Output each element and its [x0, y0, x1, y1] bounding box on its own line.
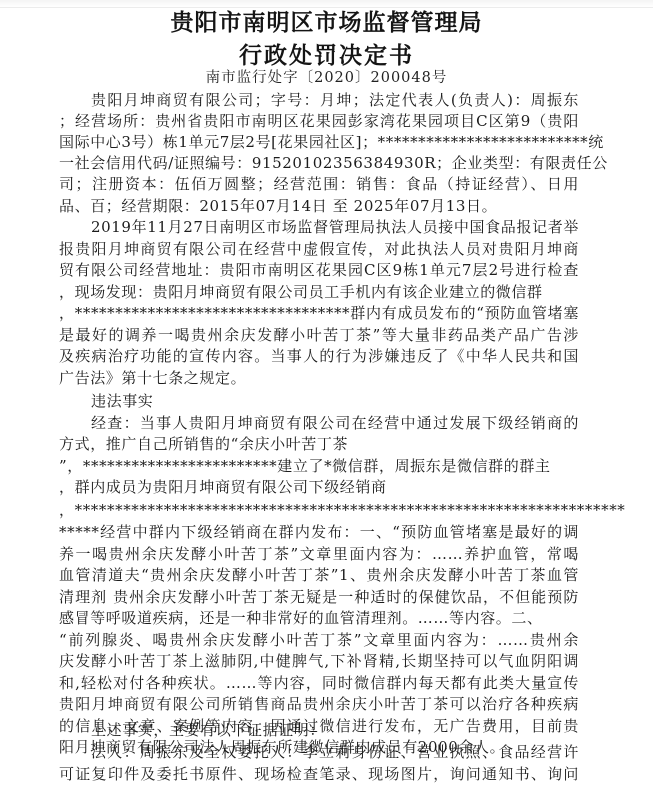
body-text-line: 上述事实，主要有以下证据证明： [91, 719, 579, 741]
body-text-line: 贵阳月坤商贸有限公司；字号：月坤；法定代表人(负责人)：周振东 [91, 89, 579, 111]
body-text-line: 养一喝贵州余庆发酵小叶苦丁茶”文章里面内容为：……养护血管，常喝 [59, 543, 579, 565]
body-text-line: 法人：周振东及全权委托人：李立莉身份证、营业执照、食品经营许 [91, 741, 579, 763]
body-text-line: 品、百；经营期限：2015年07月14日 至 2025年07月13日。 [59, 195, 579, 217]
body-text-line: ”，************************建立了*微信群，周振东是微信… [59, 455, 579, 477]
body-text-line: 庆发酵小叶苦丁茶上滋肺阴,中健脾气,下补肾精,长期坚持可以气血阴阳调 [59, 650, 579, 672]
body-text-line: 清理剂 贵州余庆发酵小叶苦丁茶无疑是一种适时的保健饮品，不但能预防 [59, 586, 579, 608]
body-text-line: ，现场发现：贵阳月坤商贸有限公司员工手机内有该企业建立的微信群 [59, 281, 579, 303]
body-text-line: ，群内成员为贵阳月坤商贸有限公司下级经销商 [59, 476, 579, 498]
body-text-line: 贸有限公司经营地址：贵阳市南明区花果园C区9栋1单元7层2号进行检查 [59, 259, 579, 281]
body-text-line: 广告法》第十七条之规定。 [59, 367, 579, 389]
body-text-line: *****经营中群内下级经销商在群内发布：一、“预防血管堵塞是最好的调 [59, 521, 579, 543]
body-text-line: 贵阳月坤商贸有限公司所销售商品贵州余庆小叶苦丁茶可以治疗各种疾病 [59, 693, 579, 715]
body-text-line: 2019年11月27日南明区市场监督管理局执法人员接中国食品报记者举 [91, 216, 579, 238]
body-text-line: 及疾病治疗功能的宣传内容。当事人的行为涉嫌违反了《中华人民共和国 [59, 345, 579, 367]
body-text-line: “前列腺炎、喝贵州余庆发酵小叶苦丁茶”文章里面内容为：……贵州余 [59, 629, 579, 651]
body-text-line: 是最好的调养一喝贵州余庆发酵小叶苦丁茶”等大量非药品类产品广告涉 [59, 324, 579, 346]
body-text-line: 违法事实 [91, 390, 579, 412]
body-text-line: 和,轻松对付各种疾状。……等内容，同时微信群内每天都有此类大量宣传 [59, 672, 579, 694]
body-text-line: 方式，推广自己所销售的“余庆小叶苦丁茶 [59, 433, 579, 455]
body-text-line: 经查：当事人贵阳月坤商贸有限公司在经营中通过发展下级经销商的 [91, 412, 579, 434]
body-text-line: ；经营场所：贵州省贵阳市南明区花果园彭家湾花果园项目C区第9（贵阳 [59, 110, 579, 132]
body-text-line: 国际中心3号）栋1单元7层2号[花果园社区]；*****************… [59, 131, 579, 153]
body-text-line: 司；注册资本：伍佰万圆整；经营范围：销售：食品（持证经营）、日用 [59, 173, 579, 195]
body-text-line: 血管清道夫“贵州余庆发酵小叶苦丁茶”1、贵州余庆发酵小叶苦丁茶血管 [59, 564, 579, 586]
body-text-line: 报贵阳月坤商贸有限公司在经营中虚假宣传，对此执法人员对贵阳月坤商 [59, 238, 579, 260]
issuing-authority-title: 贵阳市南明区市场监督管理局 [0, 4, 653, 37]
body-text-line: ，**********************************群内有成员… [59, 302, 579, 324]
body-text-line: ，***************************************… [59, 499, 579, 521]
document-number: 南市监行处字〔2020〕200048号 [0, 66, 653, 87]
body-text-line: 感冒等呼吸道疾病，还是一种非常好的血管清理剂。……等内容。二、 [59, 607, 579, 629]
body-text-line: 可证复印件及委托书原件、现场检查笔录、现场图片，询问通知书、询问 [59, 763, 579, 785]
body-text-line: 一社会信用代码/证照编号：91520102356384930R；企业类型：有限责… [59, 152, 579, 174]
